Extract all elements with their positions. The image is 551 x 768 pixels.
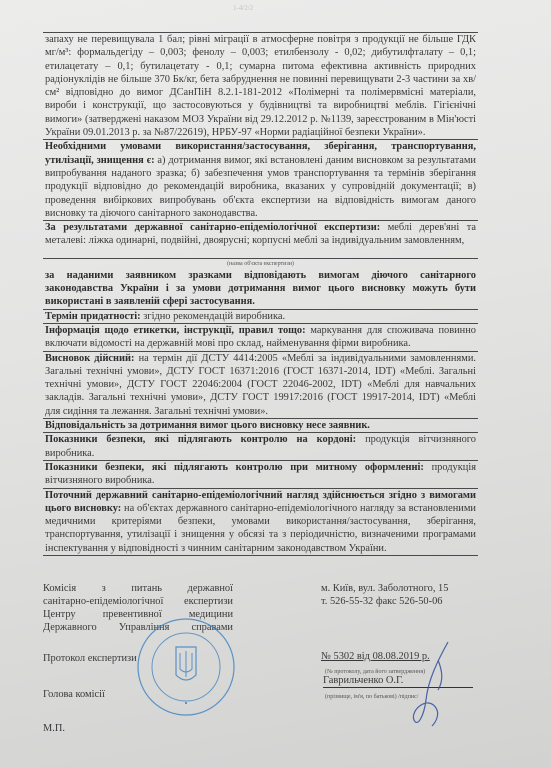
section-results: За результатами державної санітарно-епід… [43,221,478,258]
section-text: запаху не перевищувала 1 бал; рівні мігр… [45,34,476,138]
section-labeling: Інформація щодо етикетки, інструкції, пр… [43,324,478,351]
document-body: запаху не перевищувала 1 бал; рівні мігр… [43,32,478,556]
section-label: Термін придатності: [45,311,141,322]
section-text: за наданими заявником зразками відповіда… [45,270,476,308]
commission-address: м. Київ, вул. Заболотного, 15 т. 526-55-… [321,582,481,608]
commission-line: санітарно-епідеміологічної експертизи [43,595,233,608]
section-label: Висновок дійсний: [45,353,134,364]
section-conditions: Необхідними умовами використання/застосу… [43,140,478,220]
seal-label: М.П. [43,722,65,735]
section-validity: Висновок дійсний: на термін дії ДСТУ 441… [43,352,478,418]
divider [43,555,478,556]
document-page: 1-4/2/2 запаху не перевищувала 1 бал; рі… [0,0,551,768]
section-responsibility: Відповідальність за дотримання вимог цьо… [43,419,478,432]
section-label: Показники безпеки, які підлягають контро… [45,462,424,473]
section-shelf-life: Термін придатності: згідно рекомендацій … [43,310,478,323]
commission-line: Комісія з питань державної [43,582,233,595]
official-stamp-icon [136,617,236,717]
protocol-label: Протокол експертизи [43,652,137,665]
section-text: згідно рекомендацій виробника. [141,311,285,322]
object-caption: (назва об'єкта експертизи) [43,259,478,269]
section-supervision: Поточний державний санітарно-епідеміолог… [43,489,478,555]
section-label: Показники безпеки, які підлягають контро… [45,434,356,445]
section-border-control: Показники безпеки, які підлягають контро… [43,433,478,460]
section-label: Інформація щодо етикетки, інструкції, пр… [45,325,306,336]
address-line: м. Київ, вул. Заболотного, 15 [321,582,481,595]
section-compliance: за наданими заявником зразками відповіда… [43,269,478,309]
section-label: За результатами державної санітарно-епід… [45,222,380,233]
chair-caption: (прізвище, ім'я, по батькові) /підпис/ [325,691,418,704]
signature-icon [408,640,458,730]
phone-line: т. 526-55-32 факс 526-50-06 [321,595,481,608]
faint-header-text: 1-4/2/2 [233,4,253,12]
trident-icon [176,647,196,680]
chair-label: Голова комісії [43,688,105,701]
section-text: Відповідальність за дотримання вимог цьо… [45,420,370,431]
section-migration: запаху не перевищувала 1 бал; рівні мігр… [43,33,478,139]
section-customs-control: Показники безпеки, які підлягають контро… [43,461,478,488]
